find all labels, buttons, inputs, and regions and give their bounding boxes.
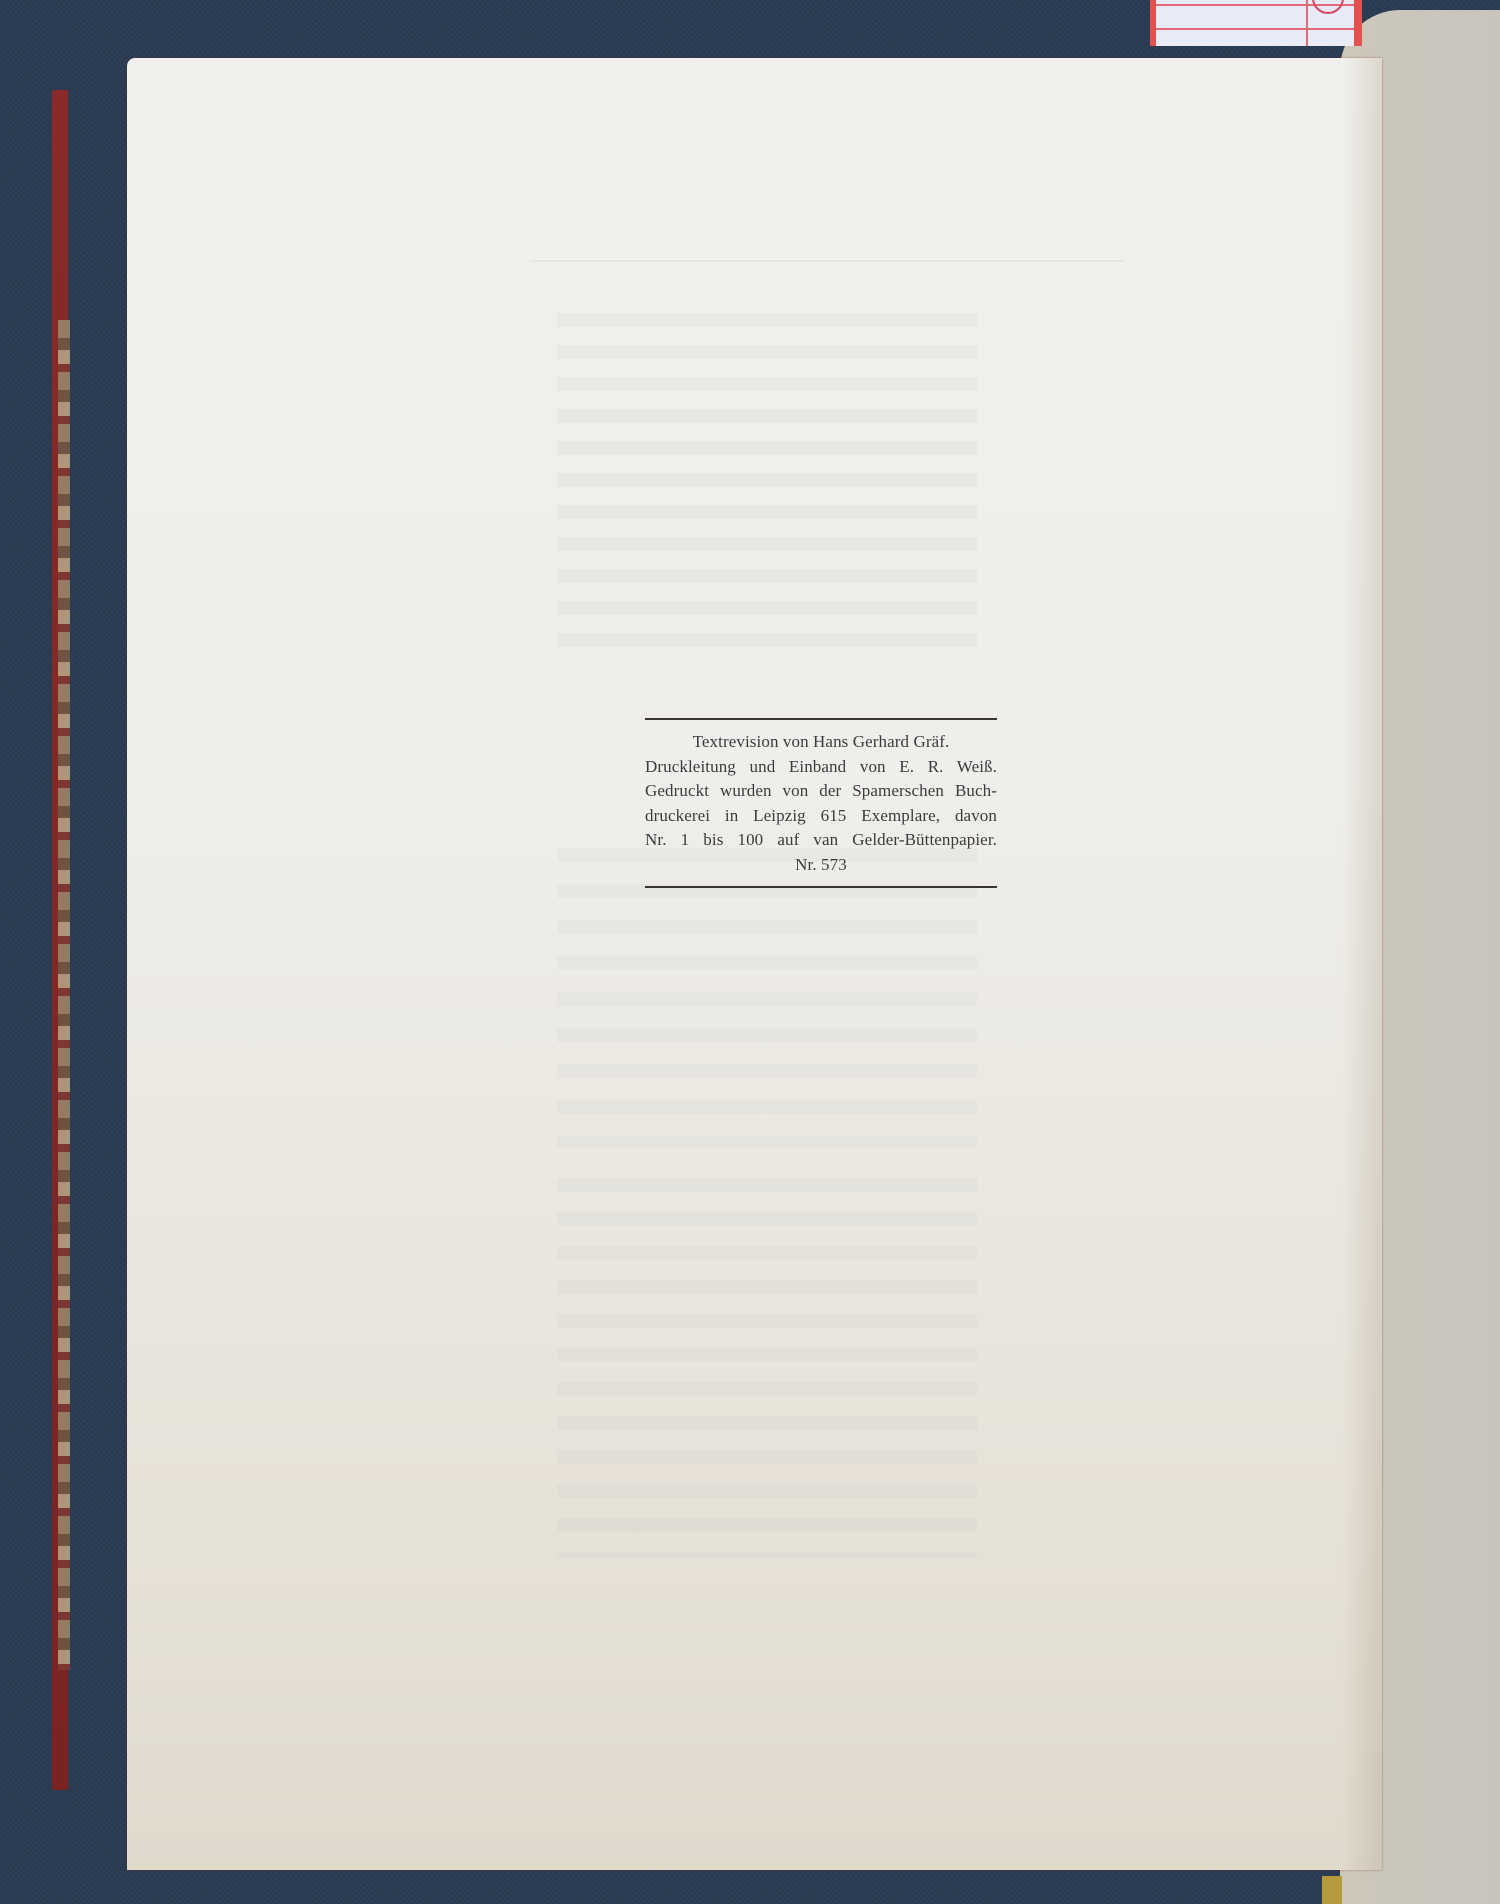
library-tag-mark: i [1312, 0, 1344, 14]
colophon-line: druckerei in Leipzig 615 Exemplare, davo… [645, 804, 997, 829]
page-gutter-shadow [1342, 58, 1382, 1870]
colophon: Textrevision von Hans Gerhard Gräf. Druc… [645, 718, 997, 888]
copy-number: Nr. 573 [645, 853, 997, 878]
colophon-line: Gedruckt wurden von der Spamerschen Buch… [645, 779, 997, 804]
show-through-block [557, 1178, 977, 1558]
show-through-header-rule [530, 260, 1124, 262]
bookmark-ribbon [1322, 1876, 1342, 1904]
colophon-line: Textrevision von Hans Gerhard Gräf. [645, 730, 997, 755]
colophon-bottom-rule [645, 886, 997, 888]
library-tag: i [1150, 0, 1362, 46]
colophon-line: Nr. 1 bis 100 auf van Gelder-Büttenpapie… [645, 828, 997, 853]
book-page: Textrevision von Hans Gerhard Gräf. Druc… [127, 58, 1382, 1870]
show-through-block [557, 313, 977, 653]
marbled-board-edge [58, 320, 70, 1670]
show-through-block [557, 848, 977, 1148]
colophon-line: Druckleitung und Einband von E. R. Weiß. [645, 755, 997, 780]
